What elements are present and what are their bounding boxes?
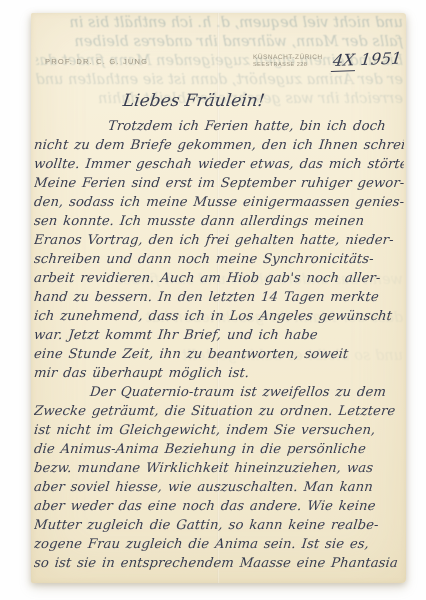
letterhead-name: PROF. DR. C. G. JUNG bbox=[45, 57, 148, 66]
handwriting-line: nicht zu dem Briefe gekommen, den ich Ih… bbox=[34, 136, 404, 155]
handwriting-line: mir das überhaupt möglich ist. bbox=[34, 364, 404, 383]
handwriting-line: ist nicht im Gleichgewicht, indem Sie ve… bbox=[34, 421, 404, 440]
handwriting-line: eine Stunde Zeit, ihn zu beantworten, so… bbox=[34, 345, 404, 364]
salutation: Liebes Fräulein! bbox=[122, 91, 266, 111]
letterhead-place: KÜSNACHT-ZÜRICH bbox=[253, 54, 323, 61]
date-month: X bbox=[342, 50, 355, 69]
letter-paper: und nicht viel bequem, d. h. ich enthält… bbox=[31, 13, 406, 583]
handwriting-line: zogene Frau zugleich die Anima sein. Ist… bbox=[34, 535, 404, 554]
date-year: 1951 . bbox=[360, 48, 406, 69]
handwriting-line: die Animus-Anima Beziehung in die persön… bbox=[34, 440, 404, 459]
handwriting-line: Eranos Vortrag, den ich frei gehalten ha… bbox=[34, 231, 404, 250]
handwritten-date: 4X1951 . bbox=[331, 48, 406, 70]
handwriting-line: bezw. mundane Wirklichkeit hineinzuziehe… bbox=[34, 459, 404, 478]
letterhead-street: SEESTRASSE 228 bbox=[253, 62, 323, 68]
letterhead-address: KÜSNACHT-ZÜRICH SEESTRASSE 228 bbox=[253, 54, 323, 68]
paragraph: Der Quaternio-traum ist zweifellos zu de… bbox=[34, 383, 404, 573]
handwriting-line: Der Quaternio-traum ist zweifellos zu de… bbox=[34, 383, 404, 402]
photo-background: und nicht viel bequem, d. h. ich enthält… bbox=[0, 0, 426, 600]
letter-body: Trotzdem ich Ferien hatte, bin ich dochn… bbox=[34, 117, 404, 573]
handwriting-line: Trotzdem ich Ferien hatte, bin ich doch bbox=[34, 117, 404, 136]
handwriting-line: Meine Ferien sind erst im September ruhi… bbox=[34, 174, 404, 193]
handwriting-line: so ist sie in entsprechendem Maasse eine… bbox=[34, 554, 404, 573]
handwriting-line: sen konnte. Ich musste dann allerdings m… bbox=[34, 212, 404, 231]
handwriting-line: Mutter zugleich die Gattin, so kann kein… bbox=[34, 516, 404, 535]
handwriting-line: aber soviel hiesse, wie auszuschalten. M… bbox=[34, 478, 404, 497]
handwriting-line: Zwecke geträumt, die Situation zu ordnen… bbox=[34, 402, 404, 421]
handwriting-line: war. Jetzt kommt Ihr Brief, und ich habe bbox=[34, 326, 404, 345]
handwriting-line: hand zu bessern. In den letzten 14 Tagen… bbox=[34, 288, 404, 307]
handwriting-line: den, sodass ich meine Musse einigermaass… bbox=[34, 193, 404, 212]
paragraph: Trotzdem ich Ferien hatte, bin ich dochn… bbox=[34, 117, 404, 383]
handwriting-line: ich zunehmend, dass ich in Los Angeles g… bbox=[34, 307, 404, 326]
handwriting-line: wollte. Immer geschah wieder etwas, das … bbox=[34, 155, 404, 174]
handwriting-line: aber weder das eine noch das andere. Wie… bbox=[34, 497, 404, 516]
handwriting-line: arbeit revidieren. Auch am Hiob gab's no… bbox=[34, 269, 404, 288]
handwriting-line: schreiben und dann noch meine Synchronic… bbox=[34, 250, 404, 269]
